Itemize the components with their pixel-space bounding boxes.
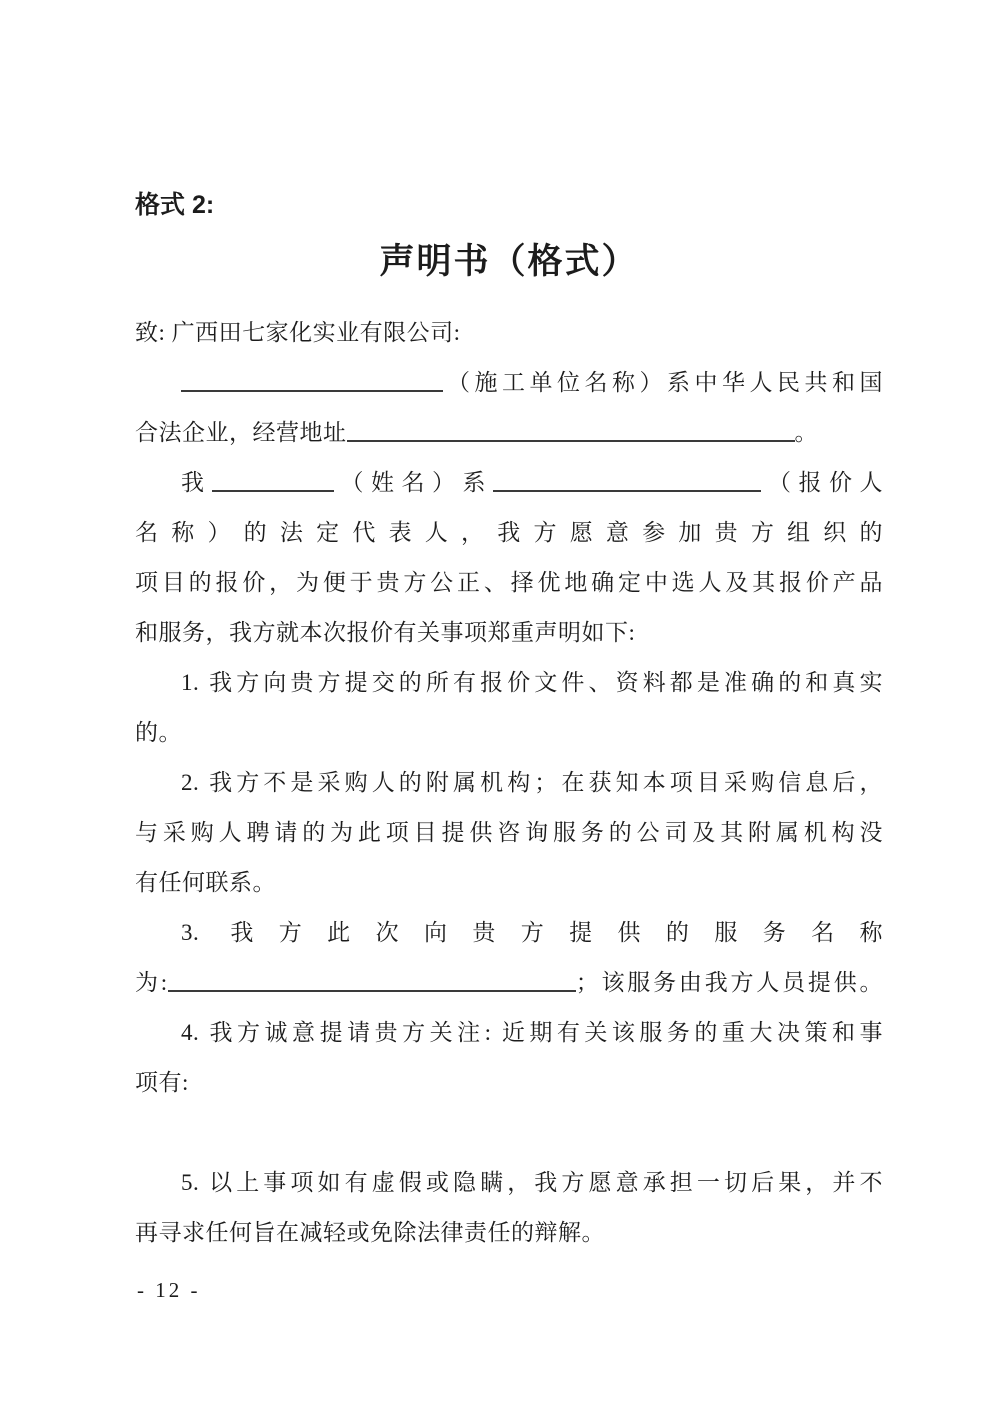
item-3-line-2-prefix: 为:: [135, 970, 168, 995]
item-3-line-2-suffix: ；该服务由我方人员提供。: [576, 970, 883, 995]
declaration-line-1-prefix: 我: [181, 470, 212, 495]
intro-line-2: 合法企业，经营地址。: [135, 408, 883, 458]
item-4-line-1: 4. 我方诚意提请贵方关注: 近期有关该服务的重大决策和事: [135, 1008, 883, 1058]
declaration-line-3: 项目的报价，为便于贵方公正、择优地确定中选人及其报价产品: [135, 558, 883, 608]
declaration-line-1-mid: （姓名）系: [334, 470, 494, 495]
blank-service-name: [168, 990, 576, 992]
intro-line-1-text: （施工单位名称）系中华人民共和国: [443, 370, 883, 395]
declaration-line-1: 我（姓名）系（报价人: [135, 458, 883, 508]
document-body: 格式 2: 声明书（格式） 致: 广西田七家化实业有限公司: （施工单位名称）系…: [135, 185, 883, 1258]
salutation-line: 致: 广西田七家化实业有限公司:: [135, 308, 883, 358]
item-3-line-2: 为:；该服务由我方人员提供。: [135, 958, 883, 1008]
page-number: - 12 -: [137, 1278, 201, 1303]
intro-line-2-suffix: 。: [795, 420, 819, 445]
item-2-line-3: 有任何联系。: [135, 858, 883, 908]
document-page: 格式 2: 声明书（格式） 致: 广西田七家化实业有限公司: （施工单位名称）系…: [0, 0, 1000, 1414]
document-title: 声明书（格式）: [135, 235, 883, 288]
item-5-line-1: 5. 以上事项如有虚假或隐瞒，我方愿意承担一切后果，并不: [135, 1158, 883, 1208]
intro-line-2-prefix: 合法企业，经营地址: [135, 420, 347, 445]
blank-construction-unit-name: [181, 390, 443, 392]
intro-line-1: （施工单位名称）系中华人民共和国: [135, 358, 883, 408]
declaration-line-1-suffix: （报价人: [761, 470, 883, 495]
blank-bidder-name: [493, 490, 761, 492]
item-1-line-1: 1. 我方向贵方提交的所有报价文件、资料都是准确的和真实: [135, 658, 883, 708]
declaration-line-2: 名称）的法定代表人，我方愿意参加贵方组织的: [135, 508, 883, 558]
blank-business-address: [347, 440, 795, 442]
item-4-line-2: 项有:: [135, 1058, 883, 1108]
item-3-line-1: 3. 我方此次向贵方提供的服务名称: [135, 908, 883, 958]
blank-person-name: [212, 490, 334, 492]
item-1-line-2: 的。: [135, 708, 883, 758]
declaration-line-4: 和服务，我方就本次报价有关事项郑重声明如下:: [135, 608, 883, 658]
empty-line: [135, 1108, 883, 1158]
item-5-line-2: 再寻求任何旨在减轻或免除法律责任的辩解。: [135, 1208, 883, 1258]
item-2-line-1: 2. 我方不是采购人的附属机构；在获知本项目采购信息后，: [135, 758, 883, 808]
spacer: [135, 288, 883, 308]
item-2-line-2: 与采购人聘请的为此项目提供咨询服务的公司及其附属机构没: [135, 808, 883, 858]
format-label: 格式 2:: [135, 185, 883, 235]
